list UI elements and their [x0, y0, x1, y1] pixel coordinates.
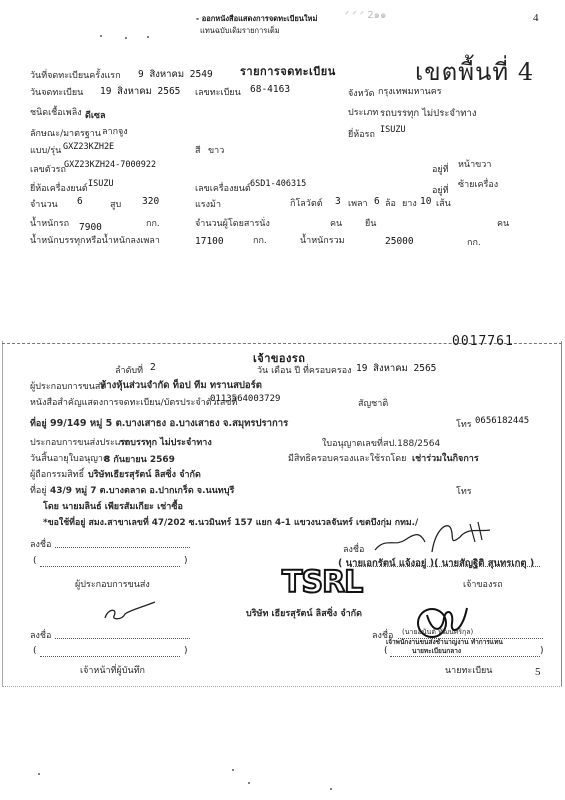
license-expiry: 8 กันยายน 2569 [104, 452, 175, 466]
operator-role: ผู้ประกอบการขนส่ง [75, 577, 150, 591]
license-number: สป.188/2564 [383, 436, 440, 450]
chassis-location-label: อยู่ที่ [432, 162, 449, 176]
possession-date-label: วัน เดือน ปี ที่ครอบครอง [257, 363, 352, 377]
cylinder-unit: สูบ [110, 197, 121, 211]
tire-label: ยาง [402, 196, 417, 210]
holder-address: 43/9 หมู่ 7 ต.บางตลาด อ.ปากเกร็ด จ.นนทบุ… [50, 483, 234, 497]
vehicle-weight-label: น้ำหนักรถ [30, 216, 69, 230]
model-label: แบบ/รุ่น [30, 143, 61, 157]
engine-brand-label: ยี่ห้อเครื่องยนต์ [30, 181, 88, 195]
registration-date: 19 สิงหาคม 2565 [100, 84, 180, 99]
vehicle-type-value: รถบรรทุก ไม่ประจำทาง [380, 106, 477, 121]
registrar-title-line [390, 656, 540, 657]
chassis-location: หน้าขวา [458, 157, 491, 171]
recorder-close-paren: ) [184, 646, 188, 656]
wheel-label: ล้อ [385, 196, 396, 210]
registrar-open-paren: ( [384, 646, 388, 656]
fuel-label: ชนิดเชื้อเพลิง [30, 105, 82, 119]
recorder-sign-label: ลงชื่อ [30, 628, 51, 642]
vehicle-weight-unit: กก. [146, 216, 160, 230]
faint-stamp: ᐟ ᐟ ᐟ 2๑๑ [345, 8, 386, 23]
tsrl-logo: TSRL [282, 565, 362, 600]
company-name: บริษัท เธียรสุรัตน์ ลิสซิ่ง จำกัด [246, 606, 362, 620]
engine-location: ซ้ายเครื่อง [458, 177, 498, 191]
owner-section-bottom-border [2, 686, 562, 687]
rights-label: มีสิทธิครอบครองและใช้รถโดย [288, 451, 406, 465]
license-label: ใบอนุญาตเลขที่ [322, 436, 383, 450]
license-expiry-label: วันสิ้นอายุใบอนุญาต [30, 451, 109, 465]
model-value: GXZ23KZH2E [63, 142, 114, 152]
order-value: 2 [150, 362, 156, 373]
page-number-bottom: 5 [535, 666, 541, 678]
gross-weight: 25000 [385, 236, 414, 247]
operator-name: ห้างหุ้นส่วนจำกัด ท็อป ทีม ทรานสปอร์ต [100, 378, 262, 393]
axle-label: เพลา [348, 196, 368, 210]
chassis-label: เลขตัวรถ [30, 162, 66, 176]
business-type: รถบรรทุก ไม่ประจำทาง [120, 435, 212, 449]
tire-unit: เส้น [436, 196, 451, 210]
holder-name: บริษัทเธียรสุรัตน์ ลิสซิ่ง จำกัด [88, 467, 201, 481]
holder-phone-label: โทร [456, 484, 472, 498]
kilowatt-label: กิโลวัตต์ [290, 196, 323, 210]
province-value: กรุงเทพมหานคร [378, 84, 442, 98]
owner-signature [370, 512, 500, 557]
operator-address: 99/149 หมู่ 5 ต.บางเสาธง อ.บางเสาธง จ.สม… [50, 416, 288, 431]
speck [125, 31, 127, 42]
chassis-number: GXZ23KZH24-7000922 [64, 160, 156, 170]
by-line: โดย นายมลินธ์ เพียรสัมเกียะ เช่าซื้อ [43, 499, 183, 513]
operator-sign-label: ลงชื่อ [30, 537, 51, 551]
recorder-role: เจ้าหน้าที่ผู้บันทึก [80, 663, 145, 677]
registration-date-label: วันจดทะเบียน [30, 85, 83, 99]
order-label: ลำดับที่ [115, 363, 143, 377]
standing-person-unit: คน [497, 216, 509, 230]
page-number-top: 4 [533, 12, 539, 24]
first-registration-date: 9 สิงหาคม 2549 [138, 67, 213, 82]
vehicle-type-label: ประเภท [348, 105, 378, 119]
business-type-label: ประกอบการขนส่งประเภท [30, 435, 130, 449]
owner-sign-label: ลงชื่อ [343, 542, 364, 556]
scan-speck [330, 788, 332, 790]
phone-number: 0656182445 [475, 416, 529, 426]
reissue-stamp-line1: - ออกหนังสือแสดงการจดทะเบียนใหม่ [196, 13, 317, 25]
operator-sign-line [55, 547, 190, 548]
phone-label: โทร [456, 417, 472, 431]
color-value: ขาว [208, 143, 224, 157]
owner-name-line [350, 566, 540, 567]
brand-label: ยี่ห้อรถ [348, 127, 375, 141]
holder-label: ผู้ถือกรรมสิทธิ์ [30, 467, 84, 481]
wheel-count: 6 [374, 196, 380, 207]
first-registration-label: วันที่จดทะเบียนครั้งแรก [30, 68, 121, 82]
recorder-name-line [40, 656, 180, 657]
registrar-role: นายทะเบียน [445, 663, 492, 677]
gross-weight-label: น้ำหนักรวม [300, 233, 345, 247]
possession-date: 19 สิงหาคม 2565 [356, 361, 436, 376]
color-label: สี [195, 143, 201, 157]
operator-label: ผู้ประกอบการขนส่ง [30, 379, 105, 393]
id-document-label: หนังสือสำคัญแสดงการจดทะเบียน/บัตรประจำตั… [30, 395, 237, 409]
load-weight-label: น้ำหนักบรรทุกหรือน้ำหนักลงเพลา [30, 233, 160, 247]
engine-number: 6SD1-406315 [250, 179, 306, 189]
owner-role: เจ้าของรถ [463, 577, 503, 591]
cc-value: 320 [142, 196, 159, 207]
engine-brand: ISUZU [88, 179, 114, 189]
speck [100, 29, 102, 40]
operator-open-paren: ( [33, 556, 37, 566]
fuel-value: ดีเซล [85, 108, 106, 122]
rights-value: เช่าร่วมในกิจการ [412, 451, 479, 465]
seated-passengers-label: จำนวนผู้โดยสารนั่ง [195, 216, 270, 230]
tire-count: 10 [420, 196, 431, 207]
seated-person-unit: คน [330, 216, 342, 230]
owner-names: ( นายเอกรัตน์ แจ้งอยู่ )( นายสัญฐิติ สุน… [338, 556, 534, 571]
reissue-stamp-line2: แทนฉบับเดิมรายการเต็ม [200, 25, 280, 37]
scan-speck [232, 769, 234, 771]
horsepower-label: แรงม้า [195, 197, 221, 211]
vehicle-weight: 7900 [79, 222, 102, 233]
recorder-open-paren: ( [33, 646, 37, 656]
standing-label: ยืน [365, 216, 376, 230]
recorder-sign-line [55, 638, 190, 639]
scan-speck [248, 782, 250, 784]
engine-number-label: เลขเครื่องยนต์ [195, 181, 251, 195]
id-document-number: 0113564003729 [210, 394, 280, 404]
recorder-signature [100, 600, 160, 625]
cylinder-count: 6 [77, 196, 83, 207]
speck [147, 30, 149, 41]
load-weight: 17100 [195, 236, 224, 247]
gross-weight-unit: กก. [467, 235, 481, 249]
registrar-title-2: นายทะเบียนกลาง [412, 646, 461, 656]
style-value: ลากจูง [102, 124, 128, 138]
alternate-address: *ขอใช้ที่อยู่ สมง.สาขาเลขที่ 47/202 ซ.นว… [43, 515, 418, 529]
nationality-label: สัญชาติ [358, 396, 388, 410]
holder-address-label: ที่อยู่ [30, 483, 47, 497]
document-title: รายการจดทะเบียน [240, 62, 336, 80]
style-label: ลักษณะ/มาตรฐาน [30, 126, 101, 140]
province-label: จังหวัด [348, 86, 375, 100]
scan-speck [38, 773, 40, 775]
cylinder-count-label: จำนวน [30, 197, 58, 211]
registrar-close-paren: ) [540, 646, 544, 656]
document-serial-number: 0017761 [452, 334, 514, 349]
plate-label: เลขทะเบียน [195, 85, 241, 99]
engine-location-label: อยู่ที่ [432, 183, 449, 197]
operator-close-paren: ) [184, 556, 188, 566]
address-label: ที่อยู่ [30, 416, 47, 430]
axle-count: 3 [335, 196, 341, 207]
operator-name-line [40, 566, 180, 567]
load-weight-unit: กก. [253, 233, 267, 247]
plate-number: 68-4163 [250, 84, 290, 95]
brand-value: ISUZU [380, 125, 406, 135]
